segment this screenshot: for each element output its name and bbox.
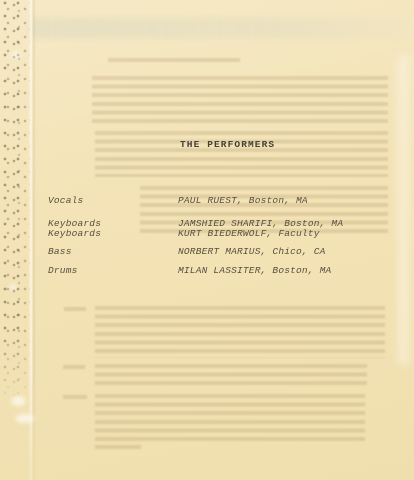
performer-name: KURT BIEDERWOLF, Faculty [178, 228, 320, 239]
performer-name: PAUL RUEST, Boston, MA [178, 195, 308, 206]
paper-spot [11, 52, 21, 58]
showthrough-text [95, 131, 388, 177]
performer-name: MILAN LASSITER, Boston, MA [178, 265, 331, 276]
binding-crease [28, 0, 36, 480]
paper-fold-highlight [30, 18, 410, 38]
showthrough-text [95, 445, 141, 449]
page-title: THE PERFORMERS [180, 139, 275, 150]
showthrough-text [63, 365, 85, 369]
showthrough-text [95, 364, 367, 386]
paper-edge-highlight [397, 55, 410, 365]
showthrough-text [95, 306, 385, 358]
showthrough-text [108, 58, 240, 62]
performer-role: Vocals [48, 195, 83, 206]
program-page: THE PERFORMERS Vocals PAUL RUEST, Boston… [0, 0, 414, 480]
paper-spot [9, 284, 17, 290]
performer-name: NORBERT MARIUS, Chico, CA [178, 246, 326, 257]
performer-role: Keyboards [48, 228, 101, 239]
showthrough-text [63, 395, 87, 399]
performer-row: Drums MILAN LASSITER, Boston, MA [0, 265, 414, 276]
paper-spot [11, 396, 26, 406]
showthrough-text [64, 307, 86, 311]
performer-row: Vocals PAUL RUEST, Boston, MA [0, 195, 414, 206]
performer-role: Bass [48, 246, 72, 257]
performer-row: Keyboards KURT BIEDERWOLF, Faculty [0, 228, 414, 239]
showthrough-text [92, 76, 388, 126]
paper-spot [15, 414, 34, 423]
showthrough-text [95, 394, 365, 442]
performer-role: Drums [48, 265, 78, 276]
performer-row: Bass NORBERT MARIUS, Chico, CA [0, 246, 414, 257]
